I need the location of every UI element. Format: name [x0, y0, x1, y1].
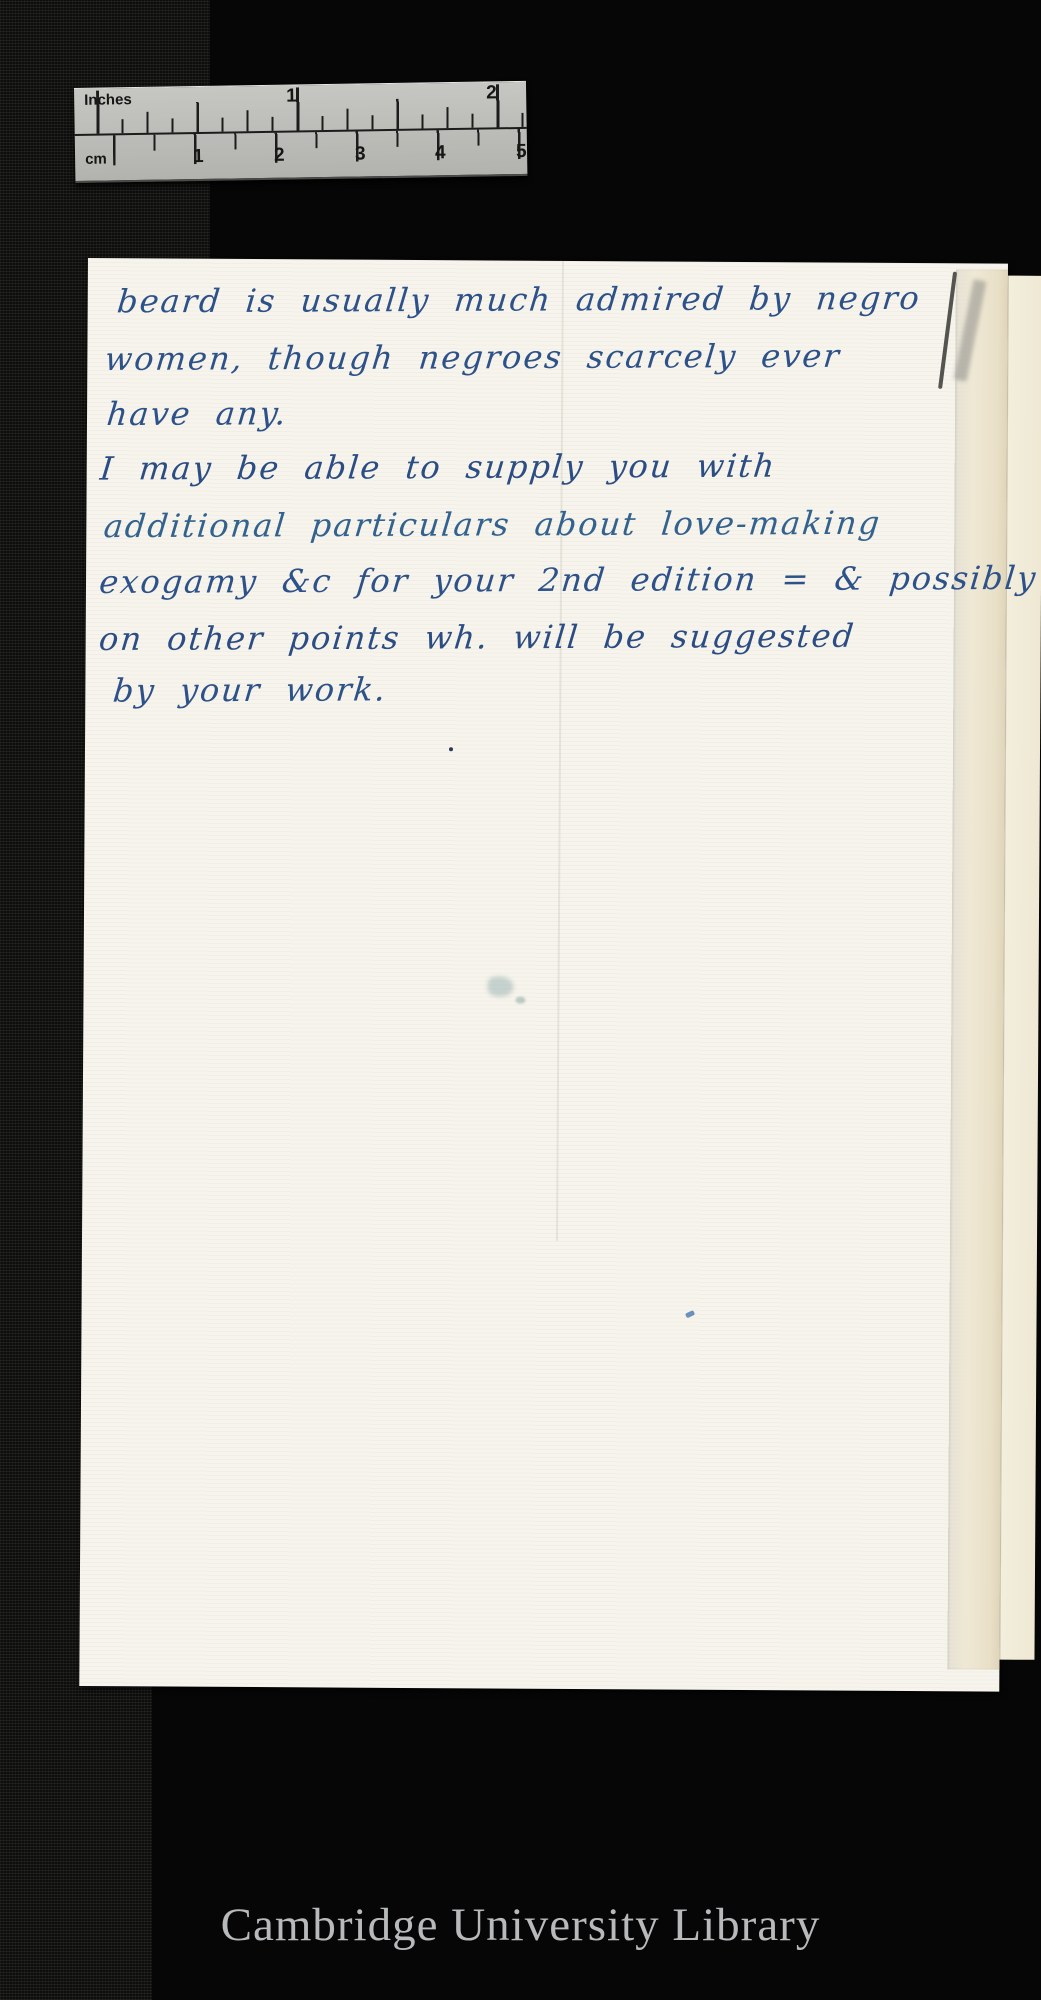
- ruler-inches-label: Inches: [84, 91, 132, 109]
- handwritten-line: I may be able to supply you with: [98, 447, 778, 488]
- handwritten-line: exogamy &c for your 2nd edition = & poss…: [98, 559, 1040, 601]
- ruler-number-inch: 2: [486, 82, 497, 104]
- handwritten-line: on other points wh. will be suggested: [97, 617, 857, 658]
- letter-page: beard is usually much admired by negro w…: [79, 258, 1008, 1692]
- handwritten-line: beard is usually much admired by negro: [115, 279, 922, 320]
- handwritten-line: have any.: [105, 394, 290, 433]
- ink-smudge: [487, 976, 513, 996]
- handwritten-line: by your work.: [111, 670, 389, 709]
- handwritten-line: additional particulars about love-making: [102, 504, 883, 545]
- ruler-number-inch: 1: [286, 86, 297, 108]
- measuring-ruler: Inches cm 1 2 1 2 3 4 5: [74, 81, 527, 183]
- ink-smudge: [515, 997, 525, 1004]
- inch-tick-scale: [96, 82, 525, 134]
- ruler-number-cm: 5: [516, 141, 527, 163]
- inch-ticks: [96, 84, 525, 134]
- ruler-number-cm: 4: [435, 142, 446, 164]
- paper-crease: [556, 261, 564, 1241]
- handwritten-line: women, though negroes scarcely ever: [103, 337, 843, 378]
- ruler-number-cm: 3: [355, 143, 366, 165]
- ruler-number-cm: 2: [274, 145, 285, 167]
- library-watermark: Cambridge University Library: [0, 1898, 1041, 1952]
- ruler-number-cm: 1: [193, 146, 204, 168]
- cm-tick-scale: [113, 129, 526, 179]
- ink-speck: [449, 747, 453, 751]
- cm-ticks: [113, 129, 525, 165]
- ink-speck: [685, 1310, 695, 1318]
- binding-tape: [947, 269, 1008, 1669]
- ruler-cm-label: cm: [85, 150, 107, 167]
- photograph-stage: Inches cm 1 2 1 2 3 4 5 beard is usually…: [0, 0, 1041, 2000]
